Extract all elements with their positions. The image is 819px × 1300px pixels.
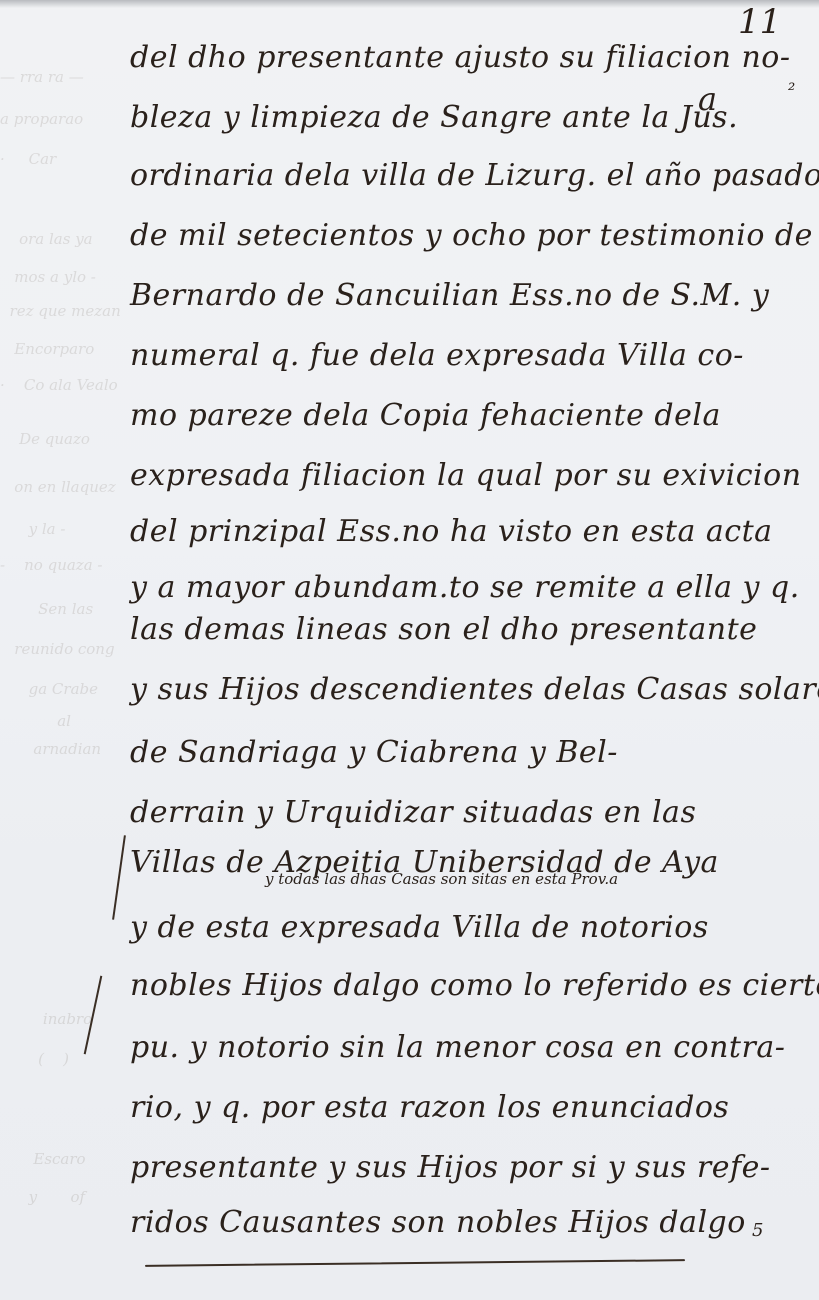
interlinear-insertion: y todas las dhas Casas son sitas en esta… <box>265 870 618 888</box>
manuscript-line-12: y sus Hijos descendientes delas Casas so… <box>130 672 819 707</box>
manuscript-line-20: presentante y sus Hijos por si y sus ref… <box>130 1150 770 1185</box>
manuscript-line-1: del dho presentante ajusto su filiacion … <box>130 40 791 75</box>
manuscript-line-4: de mil setecientos y ocho por testimonio… <box>130 218 813 253</box>
manuscript-line-2: bleza y limpieza de Sangre ante la Jus. <box>130 100 738 135</box>
manuscript-line-9: del prinzipal Ess.no ha visto en esta ac… <box>130 514 773 549</box>
manuscript-line-16: y de esta expresada Villa de notorios <box>130 910 709 945</box>
manuscript-line-7: mo pareze dela Copia fehaciente dela <box>130 398 721 433</box>
margin-mark-bottom-right: 5 <box>752 1220 763 1241</box>
manuscript-line-17: nobles Hijos dalgo como lo referido es c… <box>130 968 819 1003</box>
manuscript-page: — rra ra — a proparao · Car ora las ya m… <box>0 0 819 1300</box>
manuscript-line-3: ordinaria dela villa de Lizurg. el año p… <box>130 158 819 193</box>
manuscript-line-19: rio, y q. por esta razon los enunciados <box>130 1090 729 1125</box>
manuscript-line-21: ridos Causantes son nobles Hijos dalgo <box>130 1205 746 1240</box>
manuscript-line-18: pu. y notorio sin la menor cosa en contr… <box>130 1030 785 1065</box>
manuscript-text-body: del dho presentante ajusto su filiacion … <box>0 0 819 1300</box>
manuscript-line-14: derrain y Urquidizar situadas en las <box>130 795 696 830</box>
manuscript-line-13: de Sandriaga y Ciabrena y Bel- <box>130 735 618 770</box>
manuscript-line-6: numeral q. fue dela expresada Villa co- <box>130 338 744 373</box>
manuscript-line-10: y a mayor abundam.to se remite a ella y … <box>130 570 800 605</box>
manuscript-line-11: las demas lineas son el dho presentante <box>130 612 757 647</box>
manuscript-line-8: expresada filiacion la qual por su exivi… <box>130 458 802 493</box>
manuscript-line-5: Bernardo de Sancuilian Ess.no de S.M. y <box>130 278 769 313</box>
